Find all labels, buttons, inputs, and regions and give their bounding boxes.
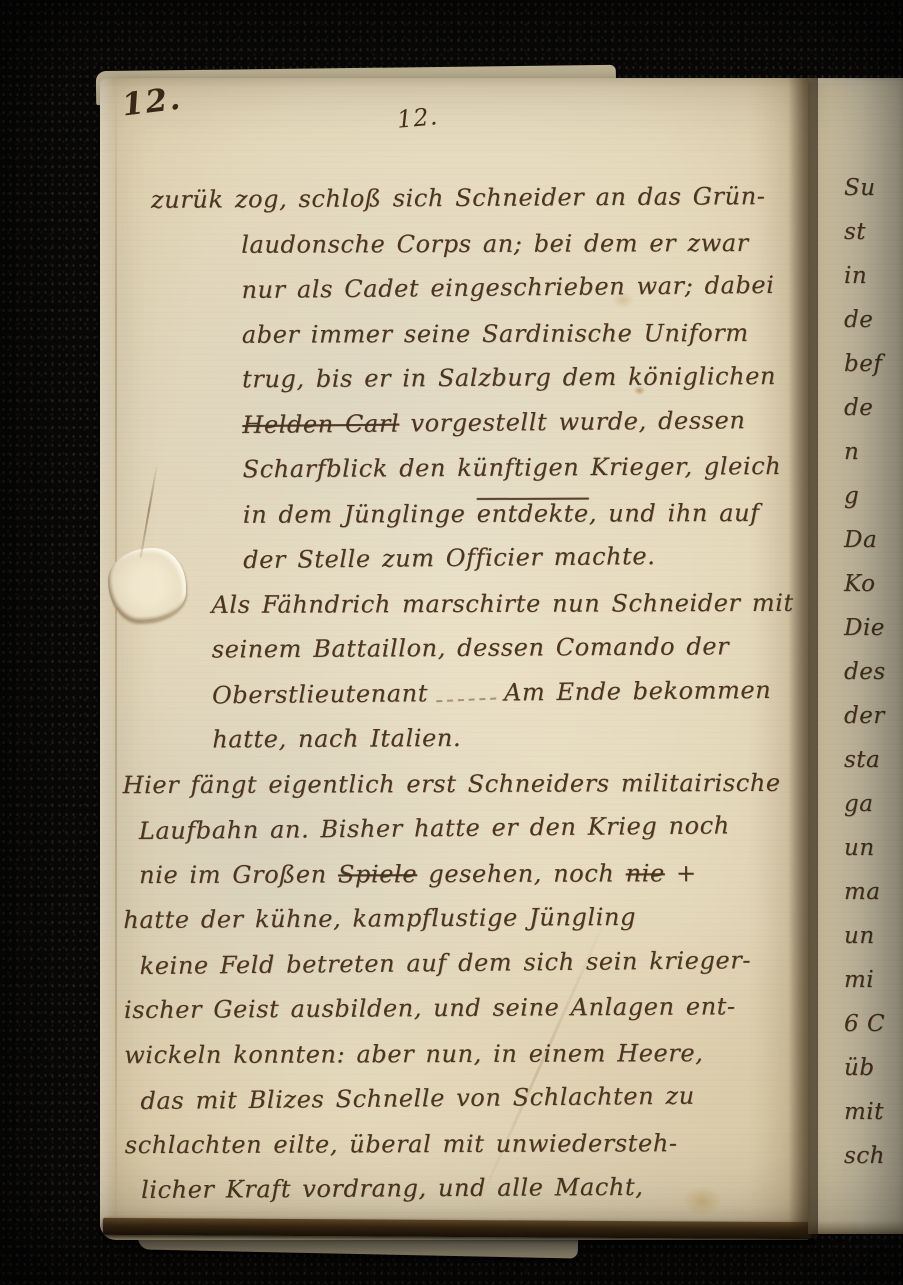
handwriting-text: Hier fängt eigentlich erst Schneiders mi… xyxy=(123,769,781,799)
manuscript-line: nur als Cadet eingeschrieben war; dabei xyxy=(100,263,808,315)
text-fragment: de xyxy=(844,298,903,342)
left-page-lines: zurük zog, schloß sich Schneider an das … xyxy=(100,174,810,1213)
handwriting-text: aber immer seine Sardinische Uniform xyxy=(242,319,749,349)
handwriting-text: + xyxy=(665,859,697,887)
manuscript-line: aber immer seine Sardinische Uniform xyxy=(100,311,808,358)
handwriting-text: Am Ende bekommen xyxy=(504,676,771,707)
handwriting-text: , und ihn auf xyxy=(589,499,760,528)
manuscript-line: OberstlieutenantAm Ende bekommen xyxy=(100,668,810,720)
manuscript-line: der Stelle zum Officier machte. xyxy=(100,533,809,585)
manuscript-line: Helden Carl vorgestellt wurde, dessen xyxy=(100,398,809,450)
manuscript-line: in dem Jünglinge entdekte, und ihn auf xyxy=(100,491,809,538)
page-number-header: 12. xyxy=(396,102,439,133)
text-fragment: Da xyxy=(844,518,903,562)
handwriting-text: gesehen, noch xyxy=(417,859,626,888)
text-fragment: Su xyxy=(844,166,903,210)
handwriting-text: laudonsche Corps an; bei dem er zwar xyxy=(241,229,749,259)
text-fragment: mi xyxy=(844,958,903,1002)
text-fragment: de xyxy=(844,386,903,430)
text-fragment: st xyxy=(844,210,903,254)
handwriting-text: zurük zog, schloß sich Schneider an das … xyxy=(151,182,766,214)
overlined-word: entdekte xyxy=(477,500,589,528)
text-fragment: der xyxy=(844,694,903,738)
manuscript-line: wickeln konnten: aber nun, in einem Heer… xyxy=(102,1031,810,1078)
manuscript-line: licher Kraft vordrang, und alle Macht, xyxy=(103,1164,810,1213)
text-fragment: des xyxy=(844,650,903,694)
handwriting-text: hatte, nach Italien. xyxy=(212,724,461,754)
text-fragment: g xyxy=(844,474,903,518)
handwriting-text: nie im Großen xyxy=(139,860,338,889)
text-fragment: sch xyxy=(844,1134,903,1178)
manuscript-line: das mit Blizes Schnelle von Schlachten z… xyxy=(102,1073,810,1125)
handwriting-text: wickeln konnten: aber nun, in einem Heer… xyxy=(124,1039,703,1069)
text-fragment: üb xyxy=(844,1046,903,1090)
manuscript-line: Als Fähndrich marschirte nun Schneider m… xyxy=(100,581,810,628)
handwriting-text: Scharfblick den künftigen Krieger, gleic… xyxy=(243,452,782,483)
handwriting-text: nur als Cadet eingeschrieben war; dabei xyxy=(241,271,774,304)
manuscript-line: hatte der kühne, kampflustige Jüngling xyxy=(101,894,810,943)
handwriting-text: der Stelle zum Officier machte. xyxy=(243,542,655,574)
text-fragment: ga xyxy=(844,782,903,826)
struck-word: Spiele xyxy=(338,860,417,888)
text-fragment: bef xyxy=(844,342,903,386)
handwriting-text: ischer Geist ausbilden, und seine Anlage… xyxy=(124,992,736,1024)
right-page-sliver: SustindebefdengDaKoDiedesderstagaunmaunm… xyxy=(808,78,903,1234)
left-page: 12. 12. zurük zog, schloß sich Schneider… xyxy=(100,78,810,1240)
binding-gutter-shadow xyxy=(788,78,818,1238)
manuscript-line: Scharfblick den künftigen Krieger, gleic… xyxy=(100,444,809,493)
handwriting-text: licher Kraft vordrang, und alle Macht, xyxy=(141,1173,644,1204)
text-fragment: un xyxy=(844,826,903,870)
manuscript-line: zurük zog, schloß sich Schneider an das … xyxy=(100,174,807,223)
handwriting-text: hatte der kühne, kampflustige Jüngling xyxy=(123,903,636,934)
text-fragment: un xyxy=(844,914,903,958)
handwriting-text: Oberstlieutenant xyxy=(212,679,428,709)
handwriting-text: trug, bis er in Salzburg dem königlichen xyxy=(242,362,776,393)
right-page-fragments: SustindebefdengDaKoDiedesderstagaunmaunm… xyxy=(844,166,903,1178)
handwriting-text: keine Feld betreten auf dem sich sein kr… xyxy=(140,946,752,980)
handwriting-text: in dem Jünglinge xyxy=(243,500,477,529)
text-fragment: sta xyxy=(844,738,903,782)
manuscript-line: Laufbahn an. Bisher hatte er den Krieg n… xyxy=(101,803,810,855)
manuscript-line: nie im Großen Spiele gesehen, noch nie + xyxy=(101,851,810,898)
struck-word: nie xyxy=(626,859,665,887)
handwriting-text: das mit Blizes Schnelle von Schlachten z… xyxy=(140,1082,694,1115)
manuscript-line: Hier fängt eigentlich erst Schneiders mi… xyxy=(100,761,810,808)
text-fragment: n xyxy=(844,430,903,474)
manuscript-line: ischer Geist ausbilden, und seine Anlage… xyxy=(102,984,810,1033)
manuscript-line: laudonsche Corps an; bei dem er zwar xyxy=(100,221,807,268)
manuscript-line: trug, bis er in Salzburg dem königlichen xyxy=(100,354,808,403)
manuscript-line: seinem Battaillon, dessen Comando der xyxy=(100,624,810,673)
text-fragment: ma xyxy=(844,870,903,914)
manuscript-line: hatte, nach Italien. xyxy=(100,714,810,763)
text-fragment: Ko xyxy=(844,562,903,606)
handwriting-text: seinem Battaillon, dessen Comando der xyxy=(212,632,730,663)
handwriting-text: vorgestellt wurde, dessen xyxy=(399,406,745,437)
manuscript-scan: 12. 12. zurük zog, schloß sich Schneider… xyxy=(0,0,903,1285)
handwriting-text: Laufbahn an. Bisher hatte er den Krieg n… xyxy=(139,811,730,845)
manuscript-line: schlachten eilte, überal mit unwiederste… xyxy=(103,1121,810,1168)
text-fragment: mit xyxy=(844,1090,903,1134)
handwriting-text: Als Fähndrich marschirte nun Schneider m… xyxy=(211,589,793,619)
text-fragment: Die xyxy=(844,606,903,650)
insertion-dash-marks xyxy=(436,686,497,703)
text-fragment: 6 C xyxy=(844,1002,903,1046)
text-fragment: in xyxy=(844,254,903,298)
handwriting-text: schlachten eilte, überal mit unwiederste… xyxy=(125,1129,678,1159)
struck-word: Helden Carl xyxy=(242,410,399,440)
manuscript-line: keine Feld betreten auf dem sich sein kr… xyxy=(101,938,810,990)
page-number-corner: 12. xyxy=(120,80,184,123)
